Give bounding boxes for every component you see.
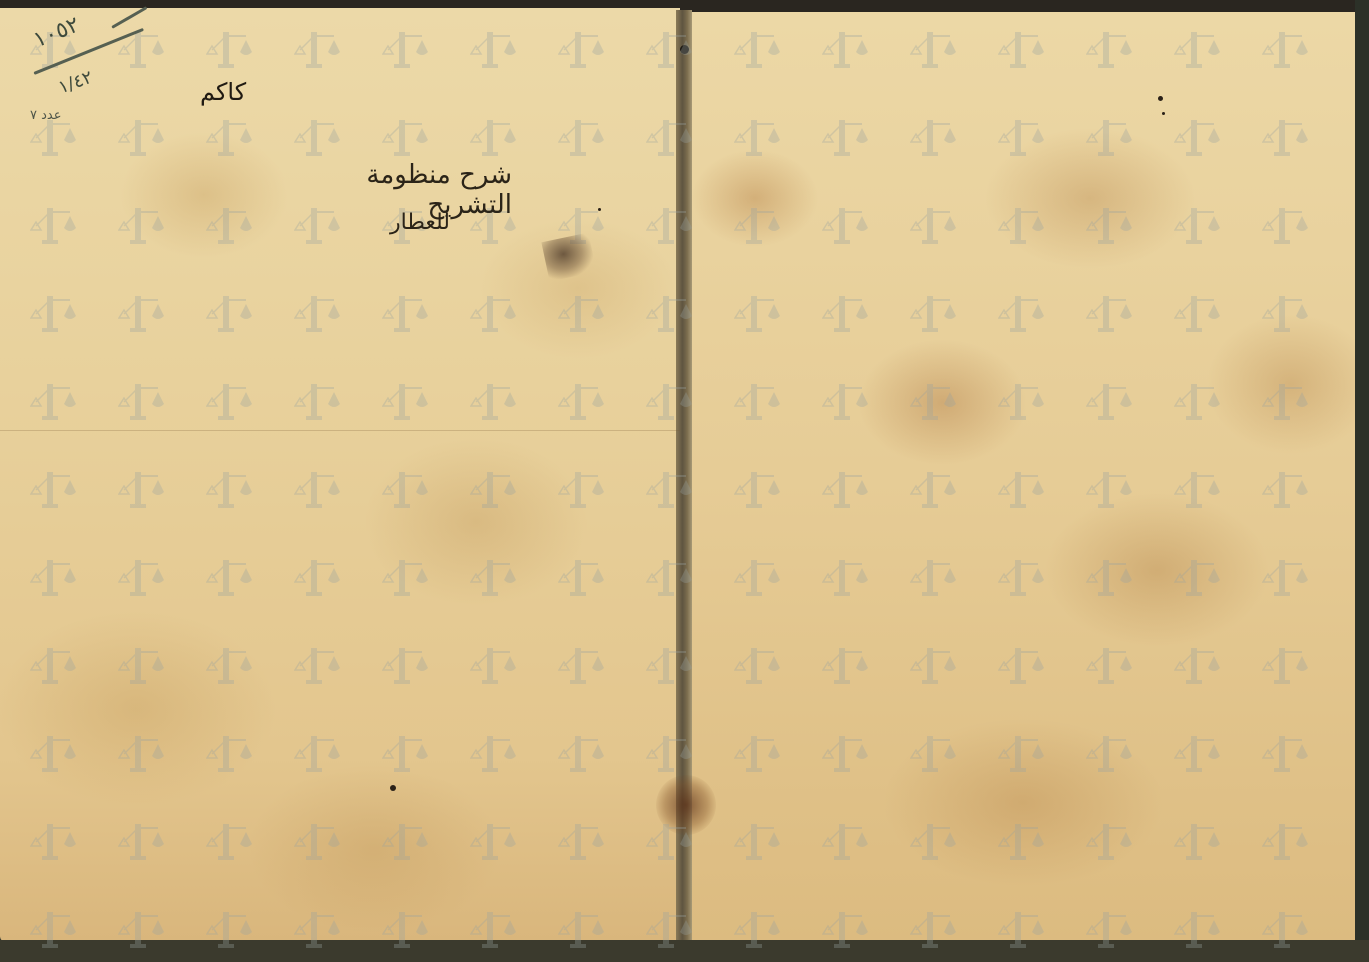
ink-speck: [1158, 96, 1163, 101]
binding-hole: [680, 45, 689, 54]
catalog-note: عدد ٧: [30, 108, 62, 123]
shelf-mark: كاكم: [200, 78, 246, 106]
manuscript-spread: ١٠٥٢ ١/٤٢ عدد ٧ كاكم شرح منظومة التشريح …: [0, 0, 1369, 962]
right-page: [688, 12, 1358, 942]
scan-right-edge: [1355, 0, 1369, 962]
left-page: [0, 8, 680, 942]
ink-speck: [598, 208, 601, 211]
gutter-stain: [656, 775, 716, 835]
ink-speck: [390, 785, 396, 791]
manuscript-author: للعطار: [360, 210, 450, 235]
ink-speck: [1162, 112, 1165, 115]
page-crease: [0, 430, 680, 431]
scan-bottom-edge: [0, 940, 1369, 962]
